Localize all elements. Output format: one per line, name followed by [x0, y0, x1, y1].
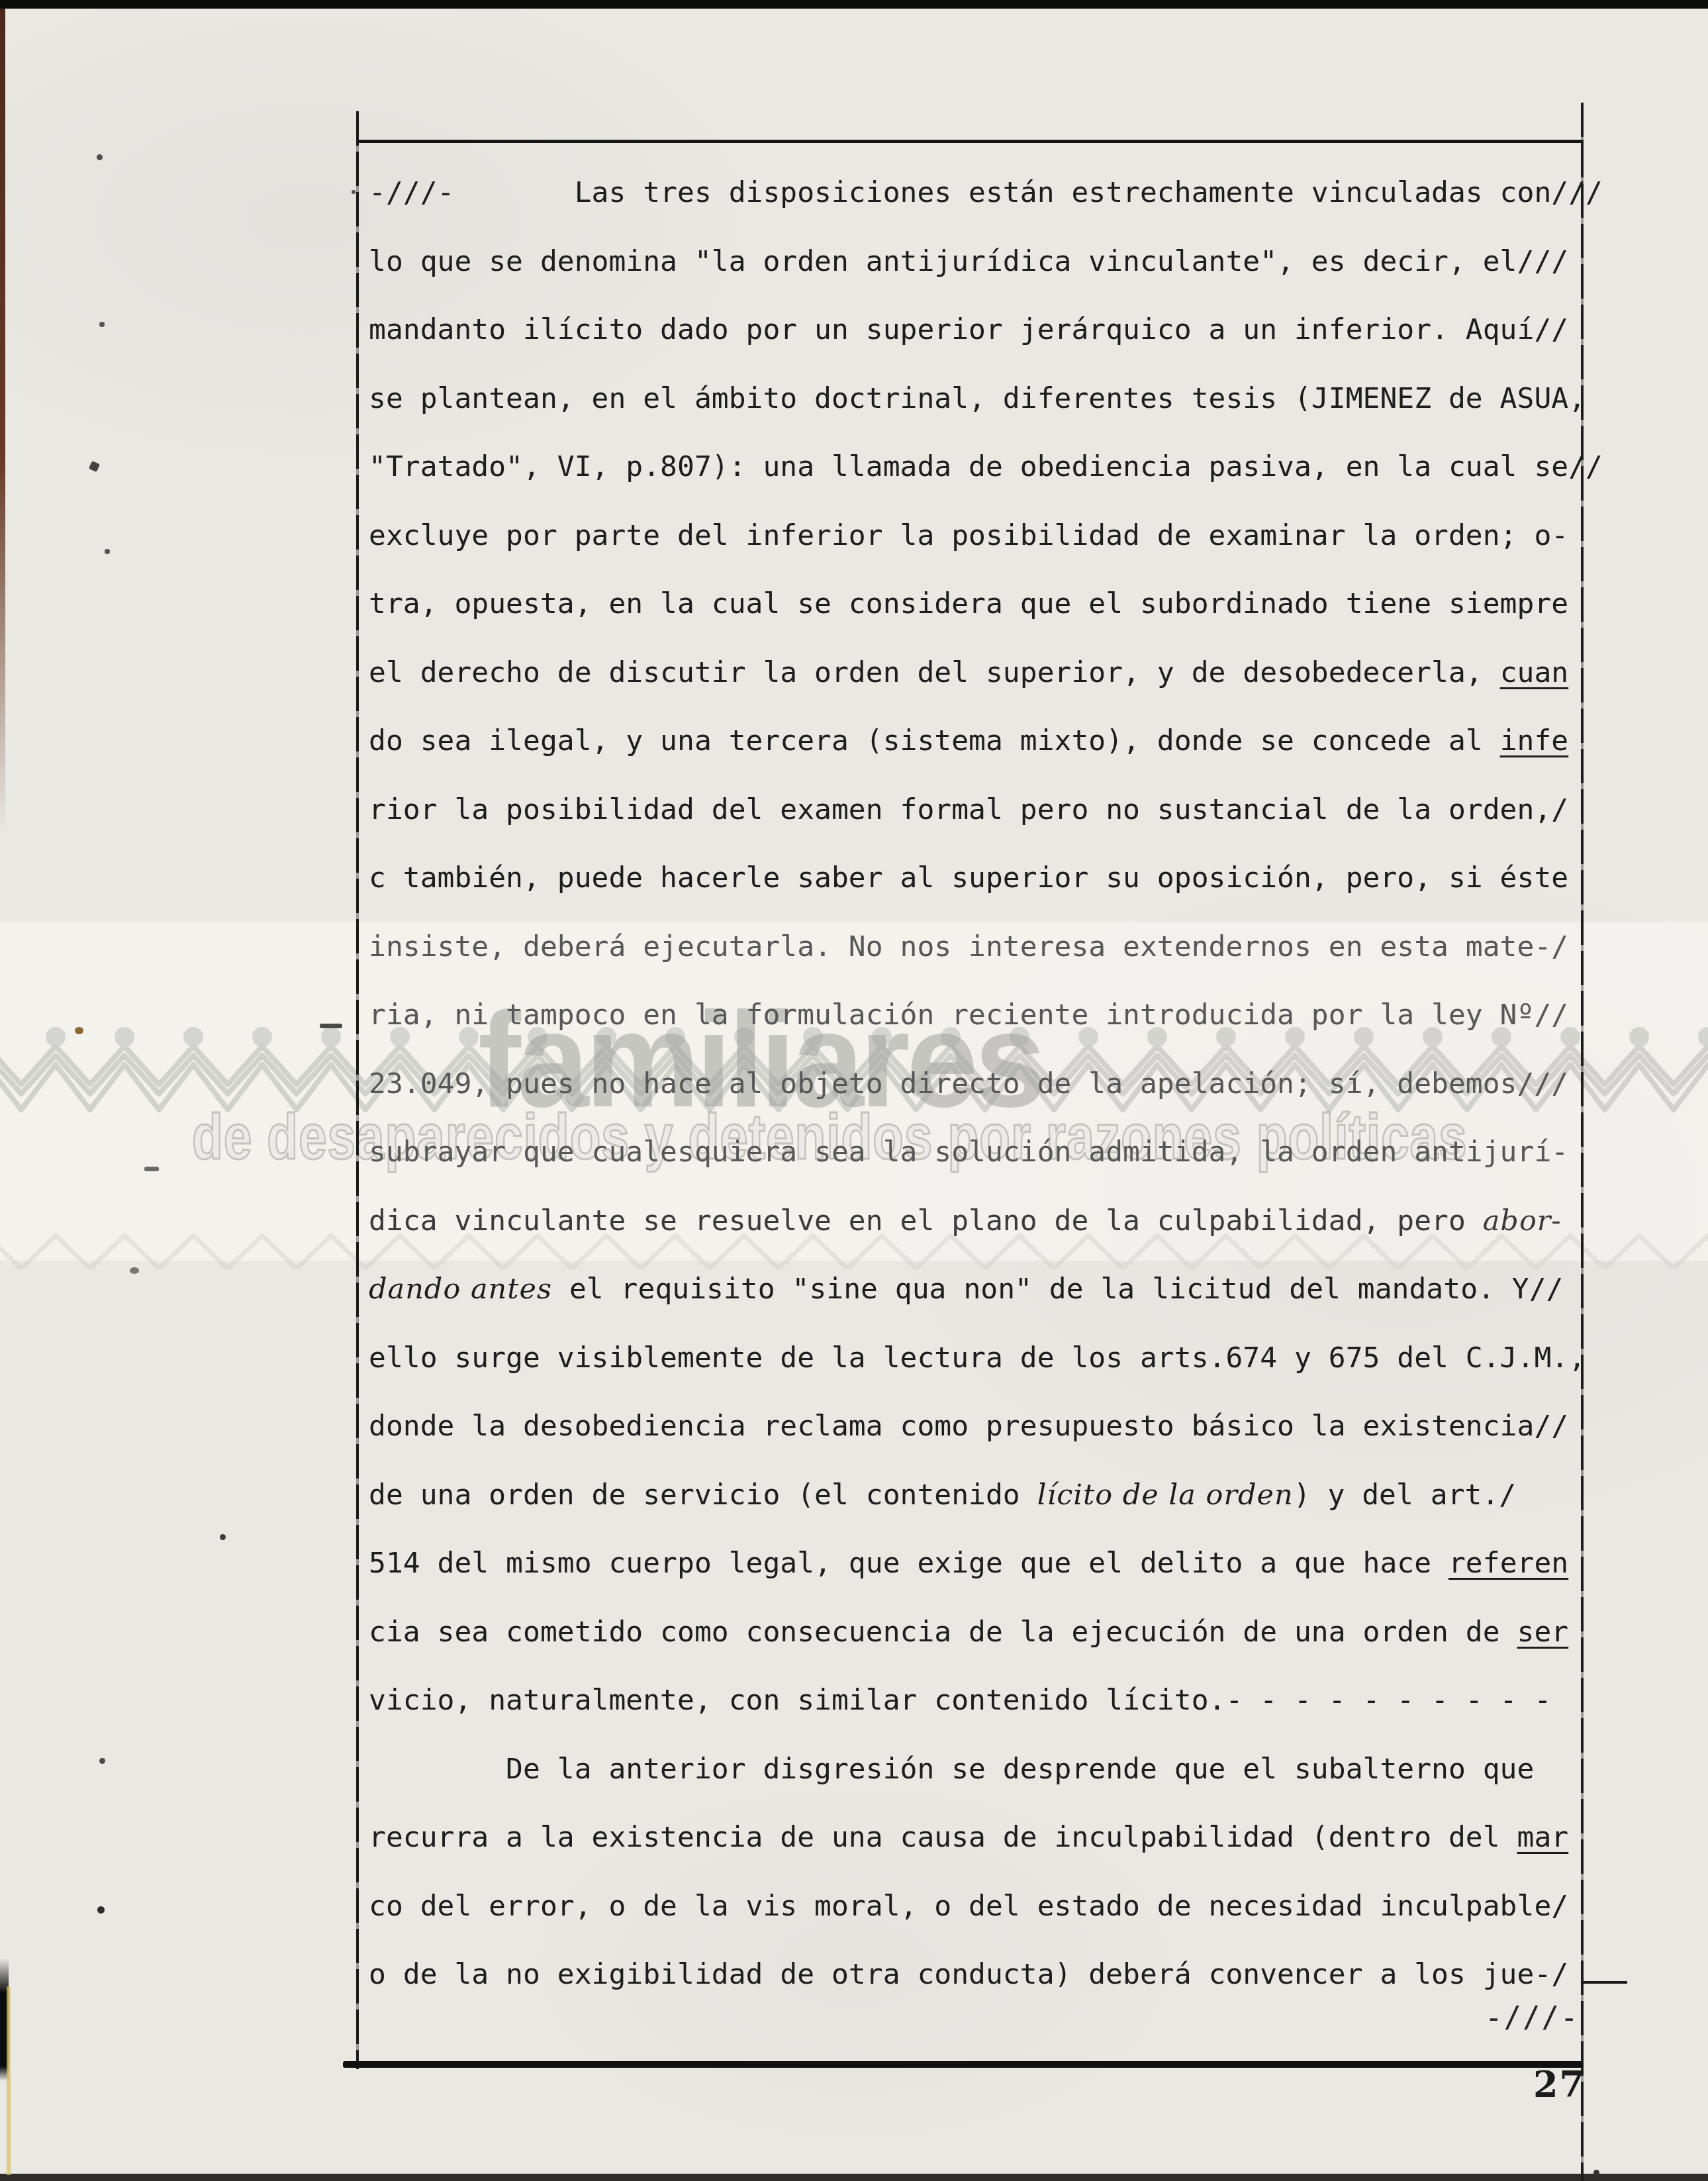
- text-segment: "Tratado", VI, p.807): una llamada de ob…: [369, 450, 1603, 483]
- text-line: lo que se denomina "la orden antijurídic…: [369, 228, 1680, 297]
- text-segment: 514 del mismo cuerpo legal, que exige qu…: [369, 1547, 1448, 1580]
- scan-speck: [130, 1267, 139, 1274]
- text-line: rior la posibilidad del examen formal pe…: [369, 776, 1680, 845]
- page-number: 27: [1533, 2063, 1586, 2106]
- typewritten-text: -///- Las tres disposiciones están estre…: [369, 159, 1680, 2010]
- scanned-document-page: familiares de desaparecidos y detenidos …: [0, 0, 1708, 2181]
- scan-speck: [105, 549, 110, 554]
- text-line: vicio, naturalmente, con similar conteni…: [369, 1667, 1680, 1735]
- underlined-syllable: referen: [1448, 1547, 1568, 1580]
- text-segment: el derecho de discutir la orden del supe…: [369, 656, 1500, 689]
- text-segment: excluye por parte del inferior la posibi…: [369, 519, 1568, 552]
- text-segment: c también, puede hacerle saber al superi…: [369, 861, 1568, 895]
- scan-edge-bottom: [0, 2174, 1708, 2181]
- text-segment: de una orden de servicio (el contenido: [369, 1478, 1037, 1512]
- text-segment: lo que se denomina "la orden antijurídic…: [369, 245, 1568, 278]
- text-segment: -///- Las tres disposiciones están estre…: [369, 176, 1603, 209]
- text-line: donde la desobediencia reclama como pres…: [369, 1392, 1680, 1461]
- text-line: De la anterior disgresión se desprende q…: [369, 1735, 1680, 1804]
- text-segment: insiste, deberá ejecutarla. No nos inter…: [369, 930, 1568, 963]
- text-line: subrayar que cualesquiera sea la solució…: [369, 1118, 1680, 1187]
- italic-phrase: lícito de la orden: [1037, 1478, 1294, 1512]
- text-line: -///- Las tres disposiciones están estre…: [369, 159, 1680, 228]
- text-line: insiste, deberá ejecutarla. No nos inter…: [369, 913, 1680, 982]
- text-line: mandanto ilícito dado por un superior je…: [369, 296, 1680, 365]
- scan-speck: [320, 1024, 342, 1028]
- text-segment: ) y del art./: [1294, 1478, 1517, 1512]
- text-line: el derecho de discutir la orden del supe…: [369, 639, 1680, 708]
- text-line: "Tratado", VI, p.807): una llamada de ob…: [369, 433, 1680, 502]
- underlined-syllable: mar: [1517, 1821, 1569, 1854]
- text-segment: ria, ni tampoco en la formulación recien…: [369, 998, 1568, 1032]
- scan-speck: [99, 322, 105, 327]
- text-segment: donde la desobediencia reclama como pres…: [369, 1410, 1568, 1443]
- text-line: c también, puede hacerle saber al superi…: [369, 844, 1680, 913]
- text-line: do sea ilegal, y una tercera (sistema mi…: [369, 707, 1680, 776]
- scan-edge-left-sliver: [7, 1986, 11, 2175]
- text-segment: o de la no exigibilidad de otra conducta…: [369, 1958, 1568, 1991]
- text-line: de una orden de servicio (el contenido l…: [369, 1461, 1680, 1530]
- text-line: ello surge visiblemente de la lectura de…: [369, 1324, 1680, 1393]
- text-line: o de la no exigibilidad de otra conducta…: [369, 1941, 1680, 2010]
- text-line: 514 del mismo cuerpo legal, que exige qu…: [369, 1529, 1680, 1598]
- scan-edge-left: [0, 9, 5, 833]
- text-segment: se plantean, en el ámbito doctrinal, dif…: [369, 382, 1586, 415]
- text-segment: tra, opuesta, en la cual se considera qu…: [369, 587, 1568, 620]
- text-line: cia sea cometido como consecuencia de la…: [369, 1598, 1680, 1667]
- text-segment: ello surge visiblemente de la lectura de…: [369, 1341, 1586, 1375]
- text-line: 23.049, pues no hace al objeto directo d…: [369, 1050, 1680, 1119]
- scan-speck: [220, 1534, 226, 1540]
- text-segment: De la anterior disgresión se desprende q…: [369, 1753, 1534, 1786]
- scan-speck: [144, 1167, 159, 1171]
- left-margin-line: [356, 111, 359, 2069]
- scan-speck: [1593, 2170, 1599, 2176]
- scan-speck: [97, 154, 103, 160]
- underlined-syllable: ser: [1517, 1616, 1569, 1649]
- scan-edge-top: [0, 0, 1708, 9]
- scan-speck: [352, 190, 356, 194]
- text-segment: do sea ilegal, y una tercera (sistema mi…: [369, 724, 1500, 757]
- text-line: dando antes el requisito "sine qua non" …: [369, 1255, 1680, 1324]
- text-segment: dica vinculante se resuelve en el plano …: [369, 1204, 1483, 1237]
- italic-phrase: dando antes: [369, 1273, 552, 1306]
- text-segment: rior la posibilidad del examen formal pe…: [369, 793, 1568, 826]
- underlined-syllable: infe: [1500, 724, 1569, 757]
- italic-phrase: abor-: [1483, 1204, 1562, 1237]
- bottom-rule: [343, 2061, 1584, 2068]
- underlined-syllable: cuan: [1500, 656, 1569, 689]
- scan-speck: [99, 1758, 105, 1764]
- text-line: dica vinculante se resuelve en el plano …: [369, 1187, 1680, 1256]
- scan-speck: [97, 1906, 105, 1914]
- text-line: recurra a la existencia de una causa de …: [369, 1804, 1680, 1872]
- text-segment: co del error, o de la vis moral, o del e…: [369, 1890, 1568, 1923]
- text-segment: recurra a la existencia de una causa de …: [369, 1821, 1517, 1854]
- continuation-mark: -///-: [1485, 2001, 1579, 2035]
- text-segment: mandanto ilícito dado por un superior je…: [369, 313, 1568, 346]
- scan-speck: [89, 461, 100, 472]
- text-line: se plantean, en el ámbito doctrinal, dif…: [369, 365, 1680, 434]
- text-line: ria, ni tampoco en la formulación recien…: [369, 981, 1680, 1050]
- text-segment: el requisito "sine qua non" de la licitu…: [552, 1273, 1563, 1306]
- text-segment: subrayar que cualesquiera sea la solució…: [369, 1136, 1568, 1169]
- text-line: co del error, o de la vis moral, o del e…: [369, 1872, 1680, 1941]
- scan-speck: [75, 1027, 83, 1034]
- text-segment: 23.049, pues no hace al objeto directo d…: [369, 1067, 1568, 1100]
- text-segment: cia sea cometido como consecuencia de la…: [369, 1616, 1517, 1649]
- text-line: excluye por parte del inferior la posibi…: [369, 502, 1680, 571]
- text-line: tra, opuesta, en la cual se considera qu…: [369, 570, 1680, 639]
- top-rule: [357, 140, 1584, 143]
- text-segment: vicio, naturalmente, con similar conteni…: [369, 1684, 1551, 1717]
